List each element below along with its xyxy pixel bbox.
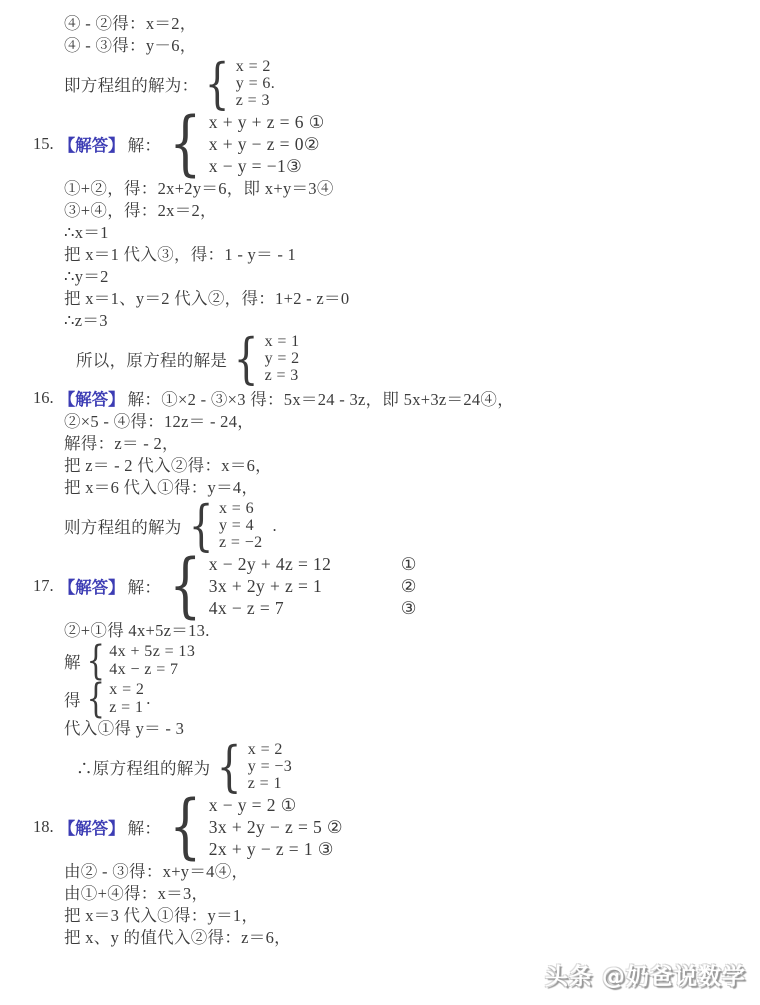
left-brace: {	[169, 114, 201, 174]
left-brace: {	[205, 61, 230, 107]
document-page: ④ - ②得：x＝2， ④ - ③得：y－6， 即方程组的解为： { x = 2…	[0, 0, 760, 1005]
left-brace: {	[169, 556, 201, 616]
equation: x − y = −1③	[209, 155, 325, 177]
equation-column: x − y = 2 ① 3x + 2y − z = 5 ② 2x + y − z…	[209, 794, 343, 860]
left-brace: {	[188, 503, 213, 549]
equation-column: x = 6 y = 4 z = −2	[219, 500, 263, 551]
equation: y = 2	[265, 350, 300, 367]
step-line: ∴x＝1	[64, 223, 760, 243]
problem-number: 17.	[33, 576, 54, 596]
problem-15-header: 15. 【解答】 解： { x + y + z = 6 ① x + y − z …	[33, 111, 760, 177]
equation: x = 1	[265, 333, 300, 350]
problem-15-solution: 所以，原方程的解是 { x = 1 y = 2 z = 3	[76, 333, 760, 384]
equation-column: x − 2y + 4z = 12 ① 3x + 2y + z = 1 ② 4x …	[209, 553, 417, 619]
problem-17-subsystem: 解 { 4x + 5z = 13 4x − z = 7	[64, 643, 760, 679]
equation: z = 1	[248, 775, 292, 792]
step-line: 由①+④得：x＝3，	[64, 884, 760, 904]
step-line: 把 x＝1、y＝2 代入②，得：1+2 - z＝0	[64, 289, 760, 309]
equation: x − 2y + 4z = 12	[209, 553, 332, 575]
left-brace: {	[234, 336, 259, 382]
intro-step-line: ④ - ②得：x＝2，	[64, 14, 760, 34]
watermark-text: 头条 @奶爸说数学	[545, 958, 746, 991]
step-line: 解得：z＝ - 2，	[64, 434, 760, 454]
step-line: 代入①得 y＝ - 3	[64, 719, 760, 739]
get-label: 得	[64, 687, 81, 711]
equation-tag: ②	[401, 575, 417, 597]
problem-number: 16.	[33, 388, 54, 408]
problem-17-header: 17. 【解答】 解： { x − 2y + 4z = 12 ① 3x + 2y…	[33, 553, 760, 619]
equation: x + y − z = 0②	[209, 133, 325, 155]
step-line: 把 x＝3 代入①得：y＝1，	[64, 906, 760, 926]
left-brace: {	[169, 797, 201, 857]
problem-number: 15.	[33, 134, 54, 154]
step-line: 把 x、y 的值代入②得：z＝6，	[64, 928, 760, 948]
problem-number: 18.	[33, 817, 54, 837]
equation: y = 6.	[236, 75, 275, 92]
conclusion-label: ∴原方程组的解为	[76, 755, 210, 779]
equation: y = −3	[248, 758, 292, 775]
left-brace: {	[86, 682, 104, 716]
left-brace: {	[86, 644, 104, 678]
step-line: 把 x＝1 代入③，得：1 - y＝ - 1	[64, 245, 760, 265]
step-line: 把 z＝ - 2 代入②得：x＝6，	[64, 456, 760, 476]
equation: x = 2	[109, 681, 144, 699]
equation: x = 6	[219, 500, 263, 517]
equation-column: x = 2 y = 6. z = 3	[236, 58, 275, 109]
problem-18-header: 18. 【解答】 解： { x − y = 2 ① 3x + 2y − z = …	[33, 794, 760, 860]
conclusion-label: 所以，原方程的解是	[76, 347, 227, 371]
equation: x = 2	[236, 58, 275, 75]
answer-tag: 【解答】	[59, 386, 125, 410]
equation-column: x = 1 y = 2 z = 3	[265, 333, 300, 384]
problem-16-header: 16. 【解答】 解：①×2 - ③×3 得：5x＝24 - 3z，即 5x+3…	[33, 386, 760, 410]
intro-step-line: ④ - ③得：y－6，	[64, 36, 760, 56]
equation: z = 3	[236, 92, 275, 109]
equation: z = 3	[265, 367, 300, 384]
equation: 3x + 2y − z = 5 ②	[209, 816, 343, 838]
solve-label: 解：	[128, 574, 162, 598]
problem-17-subsolution: 得 { x = 2 z = 1 .	[64, 681, 760, 717]
step-line: ③+④，得：2x＝2，	[64, 201, 760, 221]
step-line: 解：①×2 - ③×3 得：5x＝24 - 3z，即 5x+3z＝24④，	[128, 386, 514, 410]
equation-tag: ③	[401, 597, 417, 619]
equation: z = −2	[219, 534, 263, 551]
equation-column: x + y + z = 6 ① x + y − z = 0② x − y = −…	[209, 111, 325, 177]
trailing-period: .	[146, 689, 150, 709]
conclusion-label: 则方程组的解为	[64, 514, 182, 538]
answer-tag: 【解答】	[59, 132, 125, 156]
solve-label: 解：	[128, 132, 162, 156]
equation-column: x = 2 y = −3 z = 1	[248, 741, 292, 792]
equation-tag: ①	[401, 553, 417, 575]
step-line: ∴y＝2	[64, 267, 760, 287]
step-line: ②×5 - ④得：12z＝ - 24，	[64, 412, 760, 432]
equation: 4x + 5z = 13	[109, 643, 195, 661]
step-line: ∴z＝3	[64, 311, 760, 331]
solve-label: 解：	[128, 815, 162, 839]
equation: z = 1	[109, 699, 144, 717]
left-brace: {	[217, 744, 242, 790]
answer-tag: 【解答】	[59, 815, 125, 839]
intro-solution-label: 即方程组的解为：	[64, 72, 198, 96]
equation-column: x = 2 z = 1	[109, 681, 144, 717]
answer-tag: 【解答】	[59, 574, 125, 598]
equation: 4x − z = 7	[209, 597, 284, 619]
solve-label: 解	[64, 649, 81, 673]
step-line: 把 x＝6 代入①得：y＝4，	[64, 478, 760, 498]
equation-column: 4x + 5z = 13 4x − z = 7	[109, 643, 195, 679]
equation: x = 2	[248, 741, 292, 758]
equation: 4x − z = 7	[109, 661, 195, 679]
equation: y = 4	[219, 517, 263, 534]
equation: 3x + 2y + z = 1	[209, 575, 322, 597]
equation: 2x + y − z = 1 ③	[209, 838, 343, 860]
trailing-period: .	[273, 516, 277, 536]
